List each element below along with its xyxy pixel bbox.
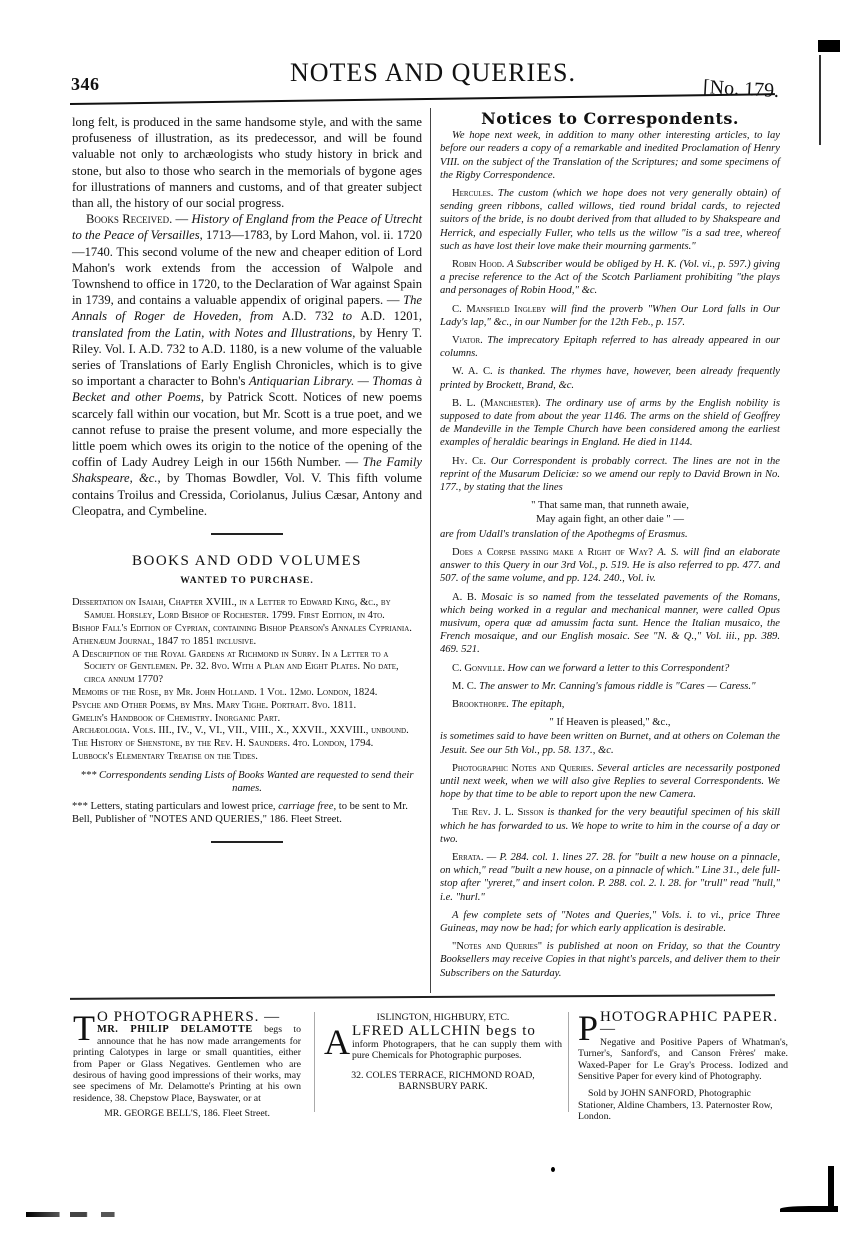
notice-heading: "Notes and Queries" [452, 941, 547, 952]
notice-heading: W. A. C. [452, 366, 498, 377]
ad-footer: MR. GEORGE BELL'S, 186. Fleet Street. [73, 1108, 301, 1119]
ad-headline: LFRED ALLCHIN begs to [352, 1023, 536, 1039]
section-divider [211, 533, 283, 535]
notice-item: M. C. The answer to Mr. Canning's famous… [440, 680, 780, 693]
wanted-item: Athenæum Journal, 1847 to 1851 inclusive… [72, 636, 422, 649]
text-segment: A.D. 732 [282, 309, 342, 323]
letters-note: *** Letters, stating particulars and low… [72, 801, 422, 827]
letters-note-italic: carriage free [278, 801, 333, 812]
text-segment: translated from the Latin, with Notes an… [72, 326, 352, 340]
notice-item: are from Udall's translation of the Apot… [440, 528, 780, 541]
newspaper-page: 346 NOTES AND QUERIES. [No. 179. long fe… [0, 0, 859, 1257]
text-segment: — [172, 212, 191, 226]
notice-item: A few complete sets of "Notes and Querie… [440, 909, 780, 935]
ad-footer: 32. COLES TERRACE, RICHMOND ROAD, BARNSB… [324, 1070, 562, 1093]
notice-heading: Hercules. [452, 188, 498, 199]
notice-heading: C. Mansfield Ingleby [452, 304, 551, 315]
notice-heading: Brookthorpe. [452, 699, 511, 710]
notice-body: We hope next week, in addition to many o… [440, 130, 780, 181]
correspondents-note: *** Correspondents sending Lists of Book… [72, 770, 422, 796]
notice-body: are from Udall's translation of the Apot… [440, 529, 688, 540]
notice-item: C. Gonville. How can we forward a letter… [440, 662, 780, 675]
ad-headline: HOTOGRAPHIC PAPER.— [600, 1009, 778, 1037]
notice-item: Errata. — P. 284. col. 1. lines 27. 28. … [440, 851, 780, 904]
notice-item: W. A. C. is thanked. The rhymes have, ho… [440, 365, 780, 391]
wanted-item: Memoirs of the Rose, by Mr. John Holland… [72, 687, 422, 700]
ad-body: begs to announce that he has now made ar… [73, 1024, 301, 1103]
scan-speck [551, 1167, 555, 1172]
ad-lead: MR. PHILIP DELAMOTTE [97, 1024, 253, 1035]
notice-item: "Notes and Queries" is published at noon… [440, 940, 780, 980]
notice-body: A few complete sets of "Notes and Querie… [440, 910, 780, 934]
text-segment: to [342, 309, 360, 323]
wanted-section-subtitle: WANTED TO PURCHASE. [72, 573, 422, 589]
notice-heading: B. L. (Manchester). [452, 398, 546, 409]
notice-item: is sometimes said to have been written o… [440, 730, 780, 756]
wanted-item: Bishop Fall's Edition of Cyprian, contai… [72, 623, 422, 636]
scan-smudge [26, 1212, 136, 1217]
notice-body: How can we forward a letter to this Corr… [508, 663, 730, 674]
notice-heading: Errata. [452, 852, 487, 863]
books-received-label: Books Received. [86, 212, 172, 226]
scan-edge-mark [818, 40, 840, 52]
ad-headline: O PHOTOGRAPHERS. — [97, 1009, 280, 1025]
notice-item: Robin Hood. A Subscriber would be oblige… [440, 258, 780, 298]
ad-divider [314, 1012, 315, 1112]
ad-allchin: ISLINGTON, HIGHBURY, ETC. ALFRED ALLCHIN… [324, 1012, 562, 1092]
notice-item: Viator. The imprecatory Epitaph referred… [440, 334, 780, 360]
scan-corner-mark [828, 1166, 834, 1212]
text-segment: A.D. 1201, [361, 309, 422, 323]
notice-item: The Rev. J. L. Sisson is thanked for the… [440, 806, 780, 846]
notice-heading: Robin Hood. [452, 259, 507, 270]
ad-sanford: PHOTOGRAPHIC PAPER.— Negative and Positi… [578, 1012, 788, 1123]
books-received-paragraph: Books Received. — History of England fro… [72, 211, 422, 519]
notice-item: C. Mansfield Ingleby will find the prove… [440, 303, 780, 329]
ad-footer: Sold by JOHN SANFORD, Photographic Stati… [578, 1088, 788, 1122]
notice-item: Brookthorpe. The epitaph, [440, 698, 780, 711]
verse-line: " That same man, that runneth awaie, [440, 499, 780, 512]
notice-body: The epitaph, [511, 699, 564, 710]
ad-divider [568, 1012, 569, 1112]
notice-heading: A. B. [452, 592, 481, 603]
drop-cap: P [578, 1013, 598, 1043]
notice-body: Our Correspondent is probably correct. T… [440, 456, 780, 493]
wanted-list: Dissertation on Isaiah, Chapter XVIII., … [72, 597, 422, 827]
letters-note-text: *** Letters, stating particulars and low… [72, 801, 278, 812]
notices-title: Notices to Correspondents. [440, 112, 780, 125]
wanted-item: Archæologia. Vols. III., IV., V., VI., V… [72, 725, 422, 738]
notice-body: is sometimes said to have been written o… [440, 731, 780, 755]
right-column: Notices to Correspondents. We hope next … [440, 112, 780, 985]
notice-heading: C. Gonville. [452, 663, 508, 674]
publication-title: NOTES AND QUERIES. [290, 58, 576, 88]
drop-cap: A [324, 1027, 350, 1057]
wanted-item: Dissertation on Isaiah, Chapter XVIII., … [72, 597, 422, 623]
notice-body: Mosaic is so named from the tesselated p… [440, 592, 780, 656]
left-column: long felt, is produced in the same hands… [72, 114, 422, 861]
issue-number: [No. 179. [702, 76, 779, 103]
notice-body: — P. 284. col. 1. lines 27. 28. for "bui… [440, 852, 780, 903]
notice-body: The imprecatory Epitaph referred to has … [440, 335, 780, 359]
verse-line: May again fight, an other daie " — [440, 513, 780, 526]
notice-item: We hope next week, in addition to many o… [440, 129, 780, 182]
notice-item: Hercules. The custom (which we hope does… [440, 187, 780, 253]
notice-item: Photographic Notes and Queries. Several … [440, 762, 780, 802]
notice-heading: M. C. [452, 681, 479, 692]
books-received-text: — History of England from the Peace of U… [72, 212, 422, 518]
page-number: 346 [71, 74, 100, 95]
wanted-item: The History of Shenstone, by the Rev. H.… [72, 738, 422, 751]
intro-paragraph: long felt, is produced in the same hands… [72, 114, 422, 211]
column-divider [430, 108, 431, 993]
notice-heading: Hy. Ce. [452, 456, 491, 467]
drop-cap: T [73, 1013, 95, 1043]
wanted-section-title: BOOKS AND ODD VOLUMES [72, 553, 422, 569]
ad-body: inform Photograpers, that he can supply … [324, 1039, 562, 1062]
ad-body: Negative and Positive Papers of Whatman'… [578, 1037, 788, 1083]
wanted-item: A Description of the Royal Gardens at Ri… [72, 649, 422, 687]
scan-edge-line [819, 55, 821, 145]
notice-item: B. L. (Manchester). The ordinary use of … [440, 397, 780, 450]
notice-heading: Photographic Notes and Queries. [452, 763, 597, 774]
ads-rule [70, 994, 775, 1000]
wanted-item: Psyche and Other Poems, by Mrs. Mary Tig… [72, 700, 422, 713]
notice-item: A. B. Mosaic is so named from the tessel… [440, 591, 780, 657]
notice-heading: Does a Corpse passing make a Right of Wa… [452, 547, 657, 558]
notice-item: Does a Corpse passing make a Right of Wa… [440, 546, 780, 586]
notices-list: We hope next week, in addition to many o… [440, 129, 780, 980]
notice-body: The answer to Mr. Canning's famous riddl… [479, 681, 755, 692]
notice-heading: The Rev. J. L. Sisson [452, 807, 547, 818]
verse-line: " If Heaven is pleased," &c., [440, 716, 780, 729]
notice-item: Hy. Ce. Our Correspondent is probably co… [440, 455, 780, 495]
wanted-item: Lubbock's Elementary Treatise on the Tid… [72, 751, 422, 764]
notice-heading: Viator. [452, 335, 487, 346]
ad-delamotte: TO PHOTOGRAPHERS. — MR. PHILIP DELAMOTTE… [73, 1012, 301, 1120]
wanted-item: Gmelin's Handbook of Chemistry. Inorgani… [72, 713, 422, 726]
header-rule [70, 93, 775, 105]
section-divider [211, 841, 283, 843]
ad-kicker: ISLINGTON, HIGHBURY, ETC. [324, 1012, 562, 1023]
